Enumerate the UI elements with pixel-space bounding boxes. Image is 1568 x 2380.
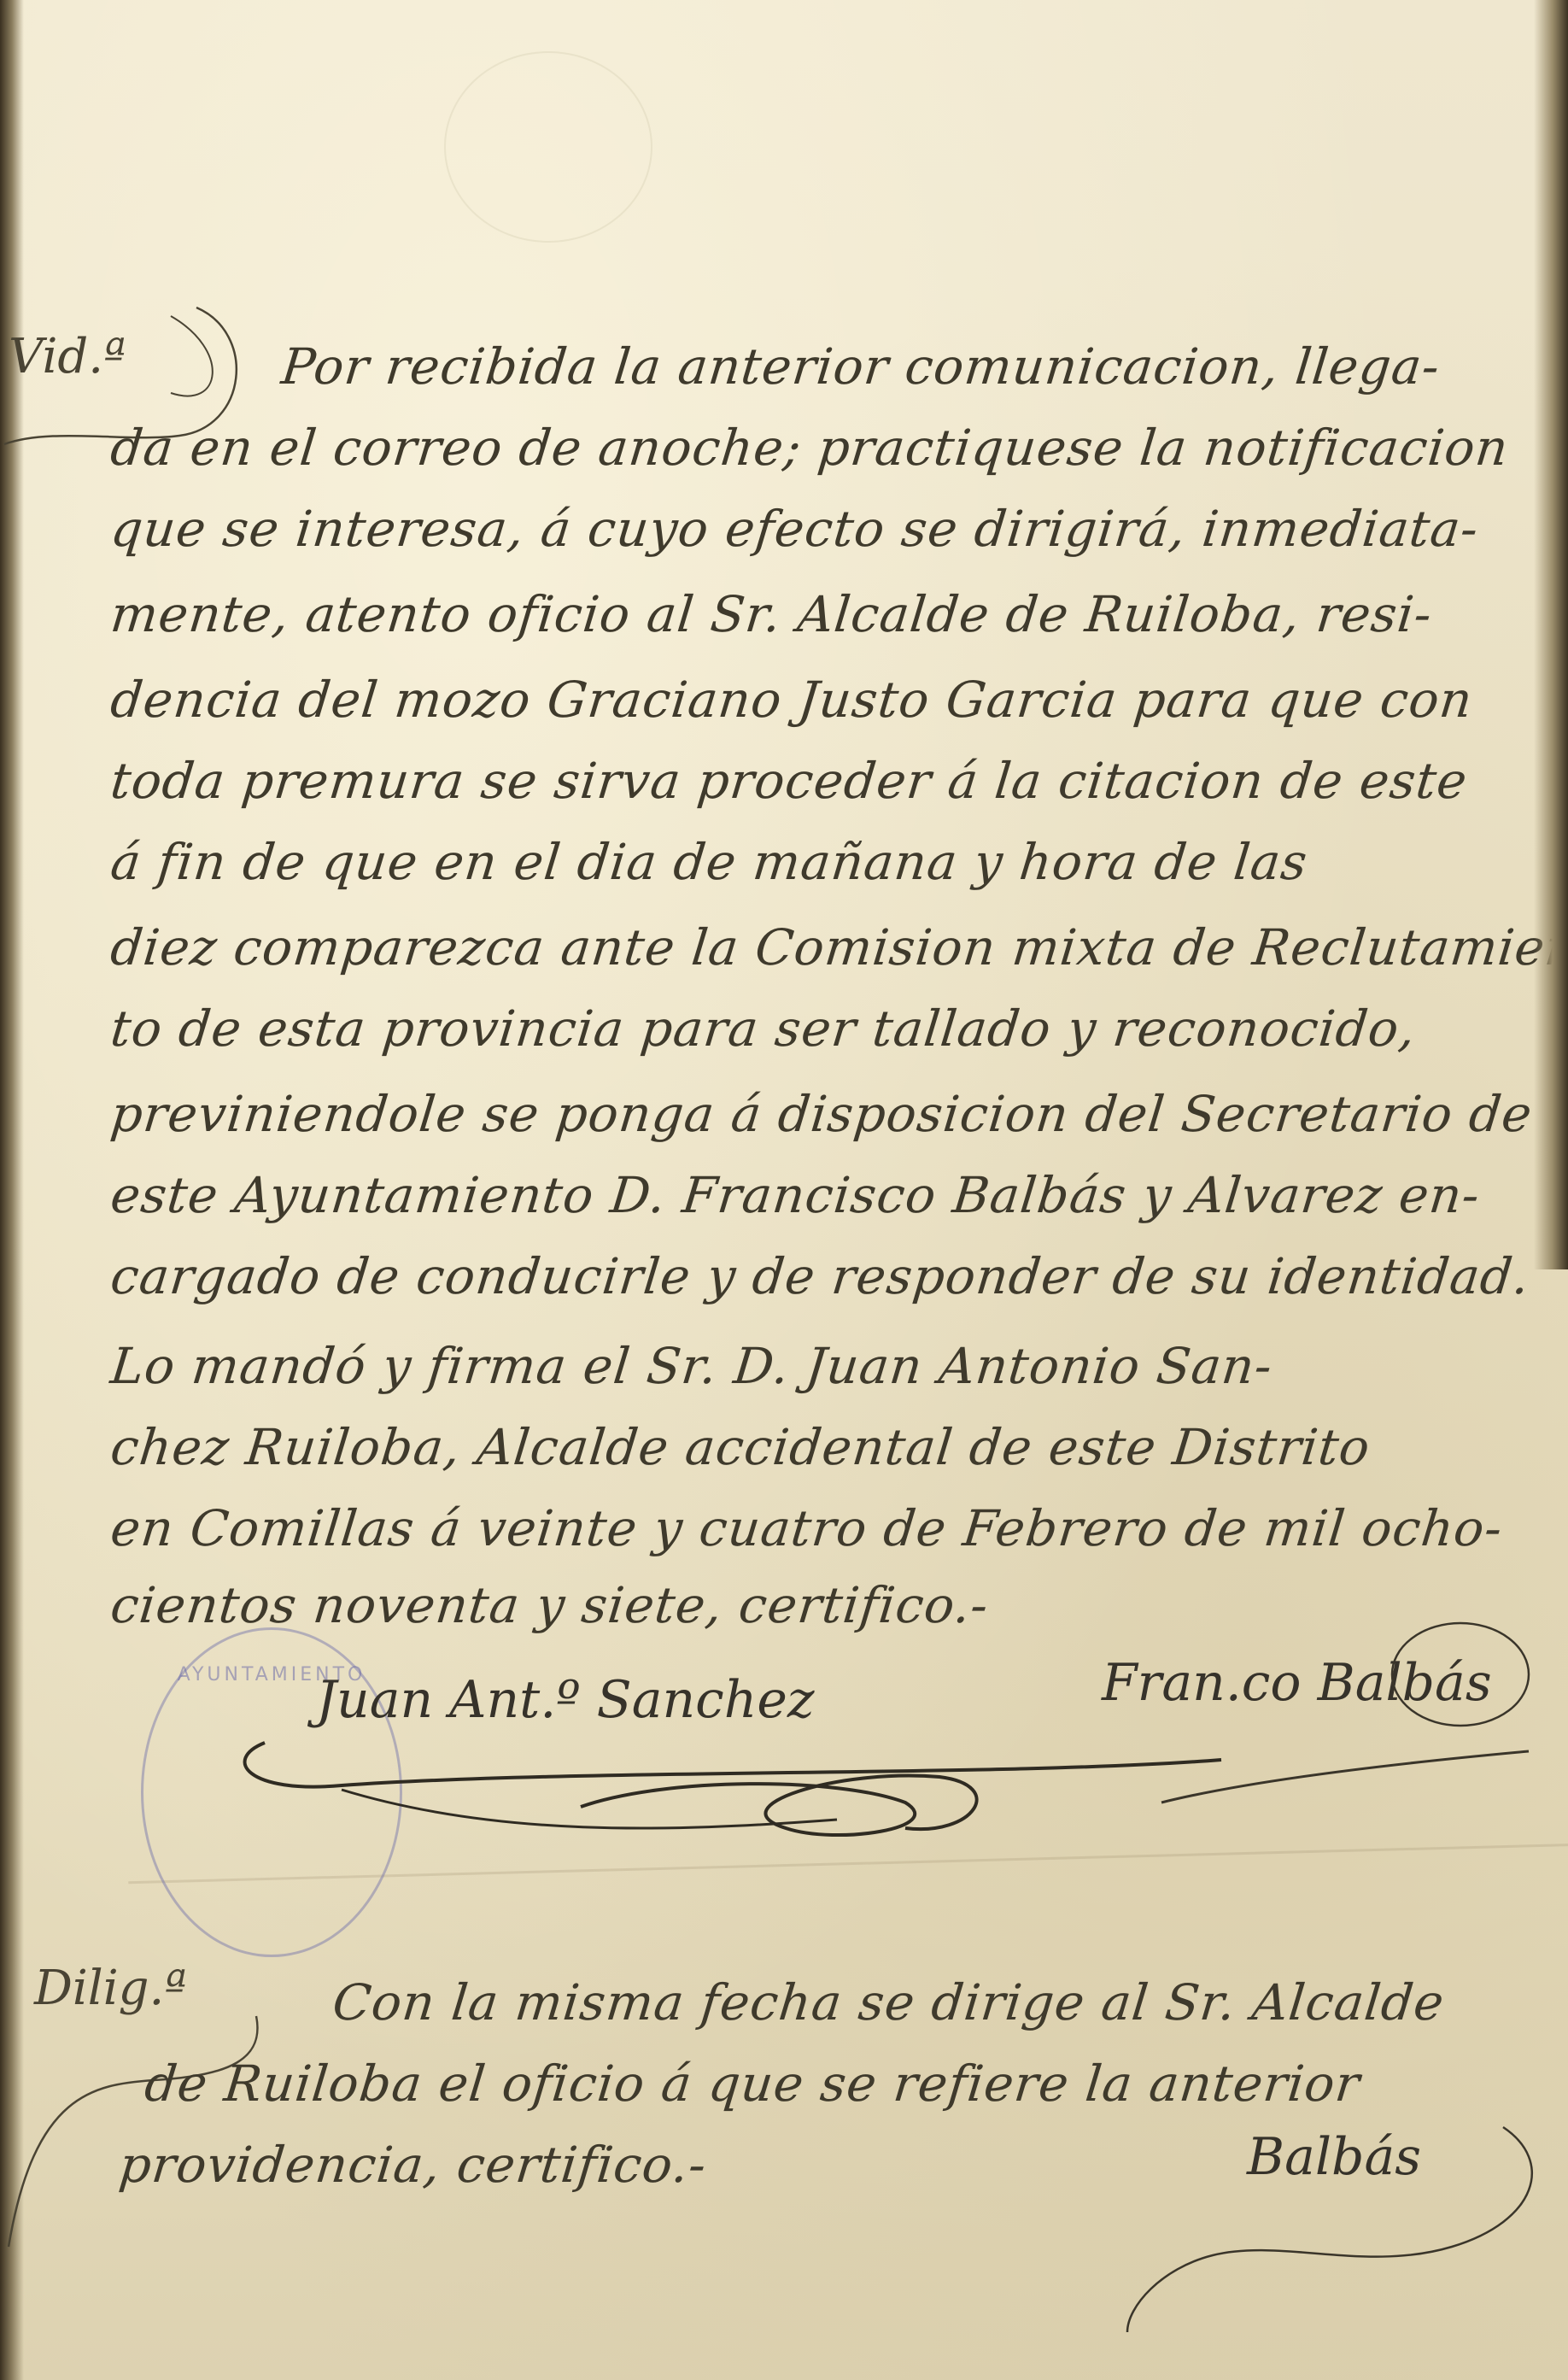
text-line-1: Por recibida la anterior comunicacion, l… (278, 337, 1565, 396)
text-line-14: chez Ruiloba, Alcalde accidental de este… (108, 1418, 1548, 1476)
text-line-2: da en el correo de anoche; practiquese l… (108, 419, 1548, 477)
signature-juan-antonio-sanchez: Juan Ant.º Sanchez (316, 1670, 815, 1730)
manuscript-page: Vid.ª Por recibida la anterior comunicac… (0, 0, 1568, 2380)
paper-watermark (444, 51, 652, 243)
text-line-13: Lo mandó y firma el Sr. D. Juan Antonio … (108, 1337, 1548, 1395)
signature-rubric-flourish (239, 1726, 1537, 1862)
text-line-7: á fin de que en el dia de mañana y hora … (108, 833, 1548, 891)
text-line-16: cientos noventa y siete, certifico.- (108, 1576, 1548, 1634)
text-line-10: previniendole se ponga á disposicion del… (108, 1085, 1548, 1143)
text-line-12: cargado de conducirle y de responder de … (108, 1247, 1548, 1305)
signature-francisco-balbas: Fran.co Balbás (1102, 1653, 1492, 1713)
diligencia-line-1: Con la misma fecha se dirige al Sr. Alca… (330, 1973, 1565, 2031)
text-line-15: en Comillas á veinte y cuatro de Febrero… (108, 1499, 1548, 1557)
text-line-8: diez comparezca ante la Comision mixta d… (108, 918, 1548, 976)
margin-note-diligencia: Dilig.ª (34, 1961, 187, 2016)
text-line-3: que se interesa, á cuyo efecto se dirigi… (108, 500, 1548, 558)
diligencia-line-2: de Ruiloba el oficio á que se refiere la… (142, 2055, 1568, 2113)
signature-balbas-flourish (1110, 2110, 1554, 2324)
text-line-9: to de esta provincia para ser tallado y … (108, 999, 1548, 1058)
text-line-5: dencia del mozo Graciano Justo Garcia pa… (108, 671, 1548, 729)
text-line-6: toda premura se sirva proceder á la cita… (108, 752, 1548, 810)
text-line-4: mente, atento oficio al Sr. Alcalde de R… (108, 585, 1548, 643)
text-line-11: este Ayuntamiento D. Francisco Balbás y … (108, 1166, 1548, 1224)
margin-note-providencia: Vid.ª (9, 329, 126, 384)
